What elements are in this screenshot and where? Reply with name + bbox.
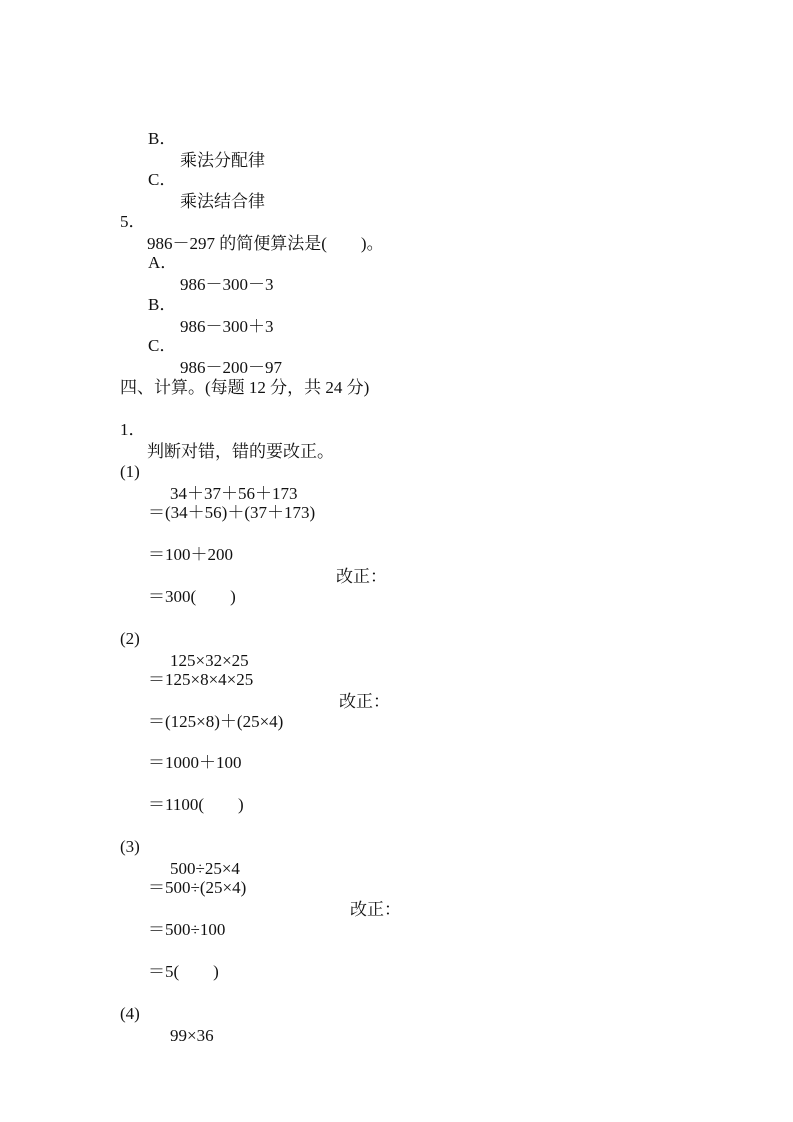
item-2-step-4: ＝1100( ) [0, 772, 9, 794]
question-number: 5． [120, 211, 146, 233]
correction-label: 改正： [339, 691, 390, 713]
item-3-step-1: ＝500÷(25×4) 改正： [0, 855, 9, 877]
option-text: 乘法结合律 [180, 191, 265, 213]
option-letter: B． [148, 128, 176, 150]
item-3-step-2: ＝500÷100 [0, 897, 9, 919]
item-2-step-3: ＝1000＋100 [0, 730, 9, 752]
step-text: ＝(125×8)＋(25×4) [148, 711, 283, 733]
q5-stem: 5． 986－297 的简便算法是( )。 [0, 189, 9, 211]
item-label: (4) [120, 1003, 140, 1025]
option-text: 乘法分配律 [180, 150, 265, 172]
q4-option-b: B． 乘法分配律 [0, 106, 9, 128]
item-expression: 99×36 [170, 1025, 214, 1047]
item-label: (2) [120, 628, 140, 650]
step-text: ＝500÷(25×4) [148, 877, 246, 899]
item-1-step-3: ＝300( ) [0, 564, 9, 586]
option-text: 986－300＋3 [180, 316, 274, 338]
option-text: 986－300－3 [180, 274, 274, 296]
step-text-with-answer-blank: ＝5( ) [148, 961, 219, 983]
item-3-expression: (3) 500÷25×4 [0, 814, 9, 836]
item-1-expression: (1) 34＋37＋56＋173 [0, 439, 9, 461]
step-text: ＝125×8×4×25 [148, 669, 253, 691]
correction-label: 改正： [336, 566, 387, 588]
item-2-step-1: ＝125×8×4×25 改正： [0, 647, 9, 669]
q5-option-a: A． 986－300－3 [0, 230, 9, 252]
step-text-with-answer-blank: ＝1100( ) [148, 794, 244, 816]
item-2-step-2: ＝(125×8)＋(25×4) [0, 689, 9, 711]
step-text: ＝500÷100 [148, 919, 225, 941]
q5-option-c: C． 986－200－97 [0, 313, 9, 335]
step-text: ＝(34＋56)＋(37＋173) [148, 502, 315, 524]
option-letter: C． [148, 335, 176, 357]
step-text-with-answer-blank: ＝300( ) [148, 586, 236, 608]
item-3-step-3: ＝5( ) [0, 939, 9, 961]
item-label: (3) [120, 836, 140, 858]
q1-instruction: 1． 判断对错，错的要改正。 [0, 397, 9, 419]
question-text: 判断对错，错的要改正。 [147, 441, 334, 463]
correction-label: 改正： [350, 899, 401, 921]
q5-option-b: B． 986－300＋3 [0, 272, 9, 294]
item-2-expression: (2) 125×32×25 [0, 606, 9, 628]
item-1-step-1: ＝(34＋56)＋(37＋173) [0, 480, 9, 502]
step-text: ＝1000＋100 [148, 752, 242, 774]
option-text: 986－200－97 [180, 357, 282, 379]
q4-option-c: C． 乘法结合律 [0, 147, 9, 169]
option-letter: B． [148, 294, 176, 316]
option-letter: C． [148, 169, 176, 191]
question-number: 1． [120, 419, 146, 441]
section-title: 四、计算。(每题 12 分，共 24 分) [120, 377, 369, 399]
item-label: (1) [120, 461, 140, 483]
section-heading: 四、计算。(每题 12 分，共 24 分) [0, 355, 9, 377]
item-4-expression: (4) 99×36 [0, 981, 9, 1003]
question-text: 986－297 的简便算法是( )。 [147, 233, 384, 255]
option-letter: A． [148, 252, 177, 274]
step-text: ＝100＋200 [148, 544, 233, 566]
item-1-step-2: ＝100＋200 改正： [0, 522, 9, 544]
